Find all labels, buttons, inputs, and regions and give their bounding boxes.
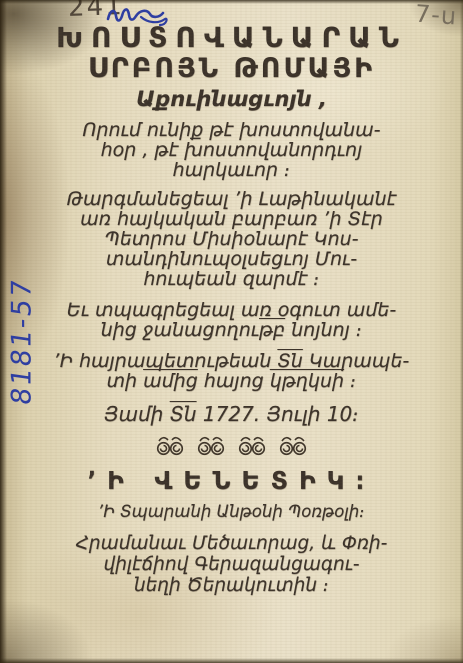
fleuron-icon: [237, 435, 267, 457]
scanned-title-page: 241 7-ս 8181-57 ԽՈՍՏՈՎԱՆԱՐԱՆ ՍՐԲՈՅՆ ԹՈՄԱ…: [0, 0, 463, 663]
dedication-paragraph: Որում ունիք թէ խոստովանա- հօր , թէ խոստո…: [0, 120, 463, 180]
translation-line: առ հայկական բարբառ ՚ի Տէր: [0, 209, 463, 229]
privilege-line: Հրամանաւ Մեծաւորաց, և Փռի-: [0, 533, 463, 554]
fleuron-icon: [196, 435, 226, 457]
date-line: Յամի Տն 1727. Յուլի 10։: [0, 402, 463, 426]
translation-line: տանդինուպօլսեցւոյ Մու-: [0, 249, 463, 269]
printing-line: Եւ տպագրեցեալ առ օգուտ ամե-: [0, 300, 463, 320]
title-line-2: ՍՐԲՈՅՆ ԹՈՄԱՅԻ: [0, 54, 463, 84]
abbreviation: Տն: [277, 350, 302, 372]
abbreviation: թբ: [259, 319, 285, 341]
title-line-1: ԽՈՍՏՈՎԱՆԱՐԱՆ: [0, 22, 463, 53]
printing-paragraph: Եւ տպագրեցեալ առ օգուտ ամե- նից ջանացողո…: [0, 300, 463, 340]
page-edge-bottom: [0, 658, 463, 663]
fleuron-icon: [155, 435, 185, 457]
title-line-3: Աքուինացւոյն ,: [0, 87, 463, 111]
dedication-line: հօր , թէ խոստովանորդւոյ: [0, 140, 463, 160]
privilege-line: վիլէճիով Գերազանցագու-: [0, 554, 463, 575]
privilege-paragraph: Հրամանաւ Մեծաւորաց, և Փռի- վիլէճիով Գերա…: [0, 533, 463, 596]
translation-line: Պետրոս Միսիօնարէ Կոս-: [0, 229, 463, 249]
patriarchate-line: ՚Ի հայրապետութեան Տն Կարապե-: [0, 351, 463, 371]
patriarchate-line: տի ամից հայոց կթղկսի ։: [0, 371, 463, 391]
privilege-line: նեղի Ծերակուտին ։: [0, 575, 463, 596]
publication-date: 1727. Յուլի 10։: [196, 402, 359, 426]
imprint-place: ՚Ի ՎԵՆԵՏԻԿ։: [0, 466, 463, 495]
abbreviation: Տն: [170, 402, 197, 426]
printing-line: նից ջանացողութբ նոյնոյ ։: [0, 320, 463, 340]
abbreviation: կթղկսի: [270, 370, 344, 392]
translation-line: հուպեան զարմէ ։: [0, 269, 463, 289]
imprint-printer: ՚Ի Տպարանի Անթօնի Պօռթօլի։: [0, 502, 463, 521]
dedication-line: Որում ունիք թէ խոստովանա-: [0, 120, 463, 140]
fleuron-icon: [278, 435, 308, 457]
ornament-row: [0, 435, 463, 459]
translation-line: Թարգմանեցեալ ՚ի Լաթինականէ: [0, 189, 463, 209]
patriarchate-paragraph: ՚Ի հայրապետութեան Տն Կարապե- տի ամից հայ…: [0, 351, 463, 391]
dedication-line: հարկաւոր ։: [0, 160, 463, 180]
printed-text-block: ԽՈՍՏՈՎԱՆԱՐԱՆ ՍՐԲՈՅՆ ԹՈՄԱՅԻ Աքուինացւոյն …: [0, 0, 463, 596]
translation-paragraph: Թարգմանեցեալ ՚ի Լաթինականէ առ հայկական բ…: [0, 189, 463, 289]
abbreviation: ամից: [143, 370, 198, 392]
